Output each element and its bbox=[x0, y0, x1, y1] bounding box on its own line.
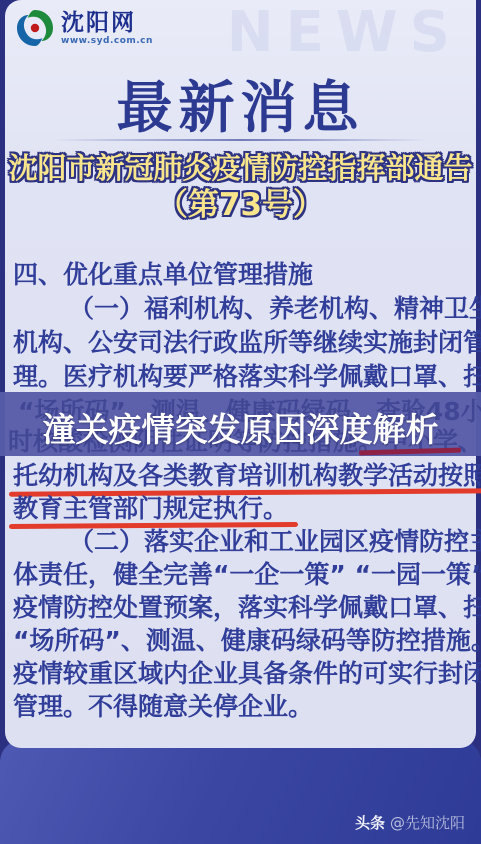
news-watermark: NEWS bbox=[227, 0, 462, 65]
notice-title: 沈阳市新冠肺炎疫情防控指挥部通告 （第73号） bbox=[5, 150, 476, 224]
body-line: （二）落实企业和工业园区疫情防控主 bbox=[13, 525, 472, 558]
news-graphic: NEWS 沈阳网 www.syd.com.cn 最新消息 沈阳市新冠肺炎疫情防控… bbox=[0, 0, 481, 844]
body-line: 管理。不得随意关停企业。 bbox=[13, 690, 472, 723]
footer-credit: 头条 @先知沈阳 bbox=[355, 812, 465, 833]
account-handle: @先知沈阳 bbox=[390, 812, 465, 833]
body-line-underlined: 教育主管部门规定执行。 bbox=[13, 492, 472, 525]
site-logo: 沈阳网 www.syd.com.cn bbox=[15, 8, 153, 48]
page-title: 最新消息 bbox=[5, 64, 476, 144]
site-name: 沈阳网 bbox=[61, 10, 153, 36]
body-text-upper: 四、优化重点单位管理措施 （一）福利机构、养老机构、精神卫生 机构、公安司法行政… bbox=[13, 258, 472, 394]
content-panel: NEWS 沈阳网 www.syd.com.cn 最新消息 沈阳市新冠肺炎疫情防控… bbox=[5, 0, 476, 748]
body-line: （一）福利机构、养老机构、精神卫生 bbox=[13, 292, 472, 326]
body-line: 四、优化重点单位管理措施 bbox=[13, 258, 472, 292]
body-line: “场所码”、测温、健康码绿码等防控措施。 bbox=[13, 624, 472, 657]
title-divider bbox=[53, 139, 428, 141]
caption-overlay-band: “场所码”、测温、健康码绿码、查验48小 时核酸检测阴性证明等防控措施。中小学、… bbox=[0, 392, 481, 456]
platform-label: 头条 bbox=[355, 812, 385, 833]
body-line: 疫情防控处置预案，落实科学佩戴口罩、扫 bbox=[13, 591, 472, 624]
notice-title-line1: 沈阳市新冠肺炎疫情防控指挥部通告 bbox=[5, 150, 476, 186]
logo-text: 沈阳网 www.syd.com.cn bbox=[61, 10, 153, 46]
body-line: 疫情较重区域内企业具备条件的可实行封闭 bbox=[13, 657, 472, 690]
overlay-caption: 潼关疫情突发原因深度解析 bbox=[0, 404, 481, 451]
notice-title-line2: （第73号） bbox=[5, 186, 476, 224]
body-line-underlined: 托幼机构及各类教育培训机构教学活动按照 bbox=[13, 459, 472, 492]
body-line: 体责任，健全完善“一企一策” “一园一策” bbox=[13, 558, 472, 591]
body-line: 机构、公安司法行政监所等继续实施封闭管 bbox=[13, 326, 472, 360]
body-text-lower: 托幼机构及各类教育培训机构教学活动按照 教育主管部门规定执行。 （二）落实企业和… bbox=[13, 459, 472, 723]
body-line: 理。医疗机构要严格落实科学佩戴口罩、扫 bbox=[13, 360, 472, 394]
swirl-logo-icon bbox=[15, 8, 55, 48]
site-url: www.syd.com.cn bbox=[61, 36, 153, 46]
